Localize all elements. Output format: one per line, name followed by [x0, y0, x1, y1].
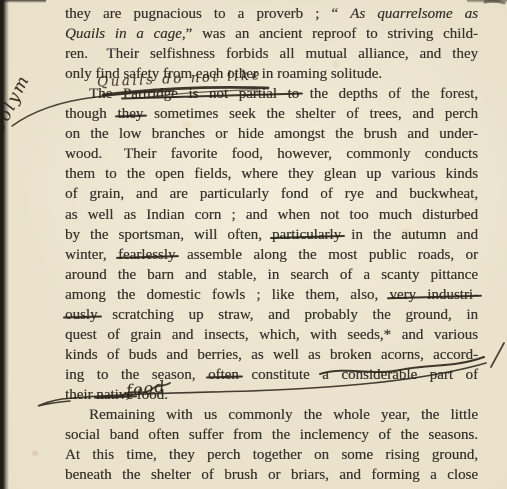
text-line: as well as Indian corn ; and when not to…: [65, 205, 478, 225]
text-line: they are pugnacious to a proverb ; “ As …: [65, 4, 478, 24]
scan-edge-left: [0, 0, 9, 489]
foxing-spot: [30, 450, 40, 457]
text-line: among the domestic fowls ; like them, al…: [65, 285, 478, 305]
text-line: beneath the shelter of brush or briars, …: [65, 465, 478, 485]
text-line: At this time, they perch together on som…: [65, 445, 478, 465]
book-page-scan: they are pugnacious to a proverb ; “ As …: [0, 0, 507, 489]
struck-text: they: [117, 106, 143, 122]
struck-text: often: [208, 367, 239, 383]
struck-text: fearlessly: [118, 247, 175, 263]
text-line: winter, fearlessly assemble along the mo…: [65, 245, 478, 265]
text-line: quest of grain and insects, which, with …: [65, 325, 478, 345]
text-line: around the barn and stable, in search of…: [65, 265, 478, 285]
struck-text: Partridge is not partial to: [123, 86, 299, 102]
text-line: ously scratching up straw, and probably …: [65, 305, 478, 325]
text-line: though they sometimes seek the shelter o…: [65, 104, 478, 124]
text-line: ren. Their selfishness forbids all mutua…: [65, 44, 478, 64]
struck-text: very industri-: [389, 287, 478, 303]
text-line: of grain, and are particularly fond of r…: [65, 184, 478, 204]
text-line: kinds of buds and berries, as well as br…: [65, 345, 478, 365]
text-line: them to the open fields, where they glea…: [65, 164, 478, 184]
text-line: on the low branches or hide amongst the …: [65, 124, 478, 144]
text-line: wood. Their favorite food, however, comm…: [65, 144, 478, 164]
text-line: Remaining with us commonly the whole yea…: [65, 405, 478, 425]
scan-edge-top-right: [467, 0, 507, 3]
struck-text: ously: [65, 307, 98, 323]
text-line: Quails in a cage,” was an ancient reproo…: [65, 24, 478, 44]
text-line: social band often suffer from the inclem…: [65, 425, 478, 445]
text-line: by the sportsman, will often, particular…: [65, 225, 478, 245]
struck-text: particularly: [272, 227, 341, 243]
right-margin-slash-mark: [491, 343, 504, 367]
